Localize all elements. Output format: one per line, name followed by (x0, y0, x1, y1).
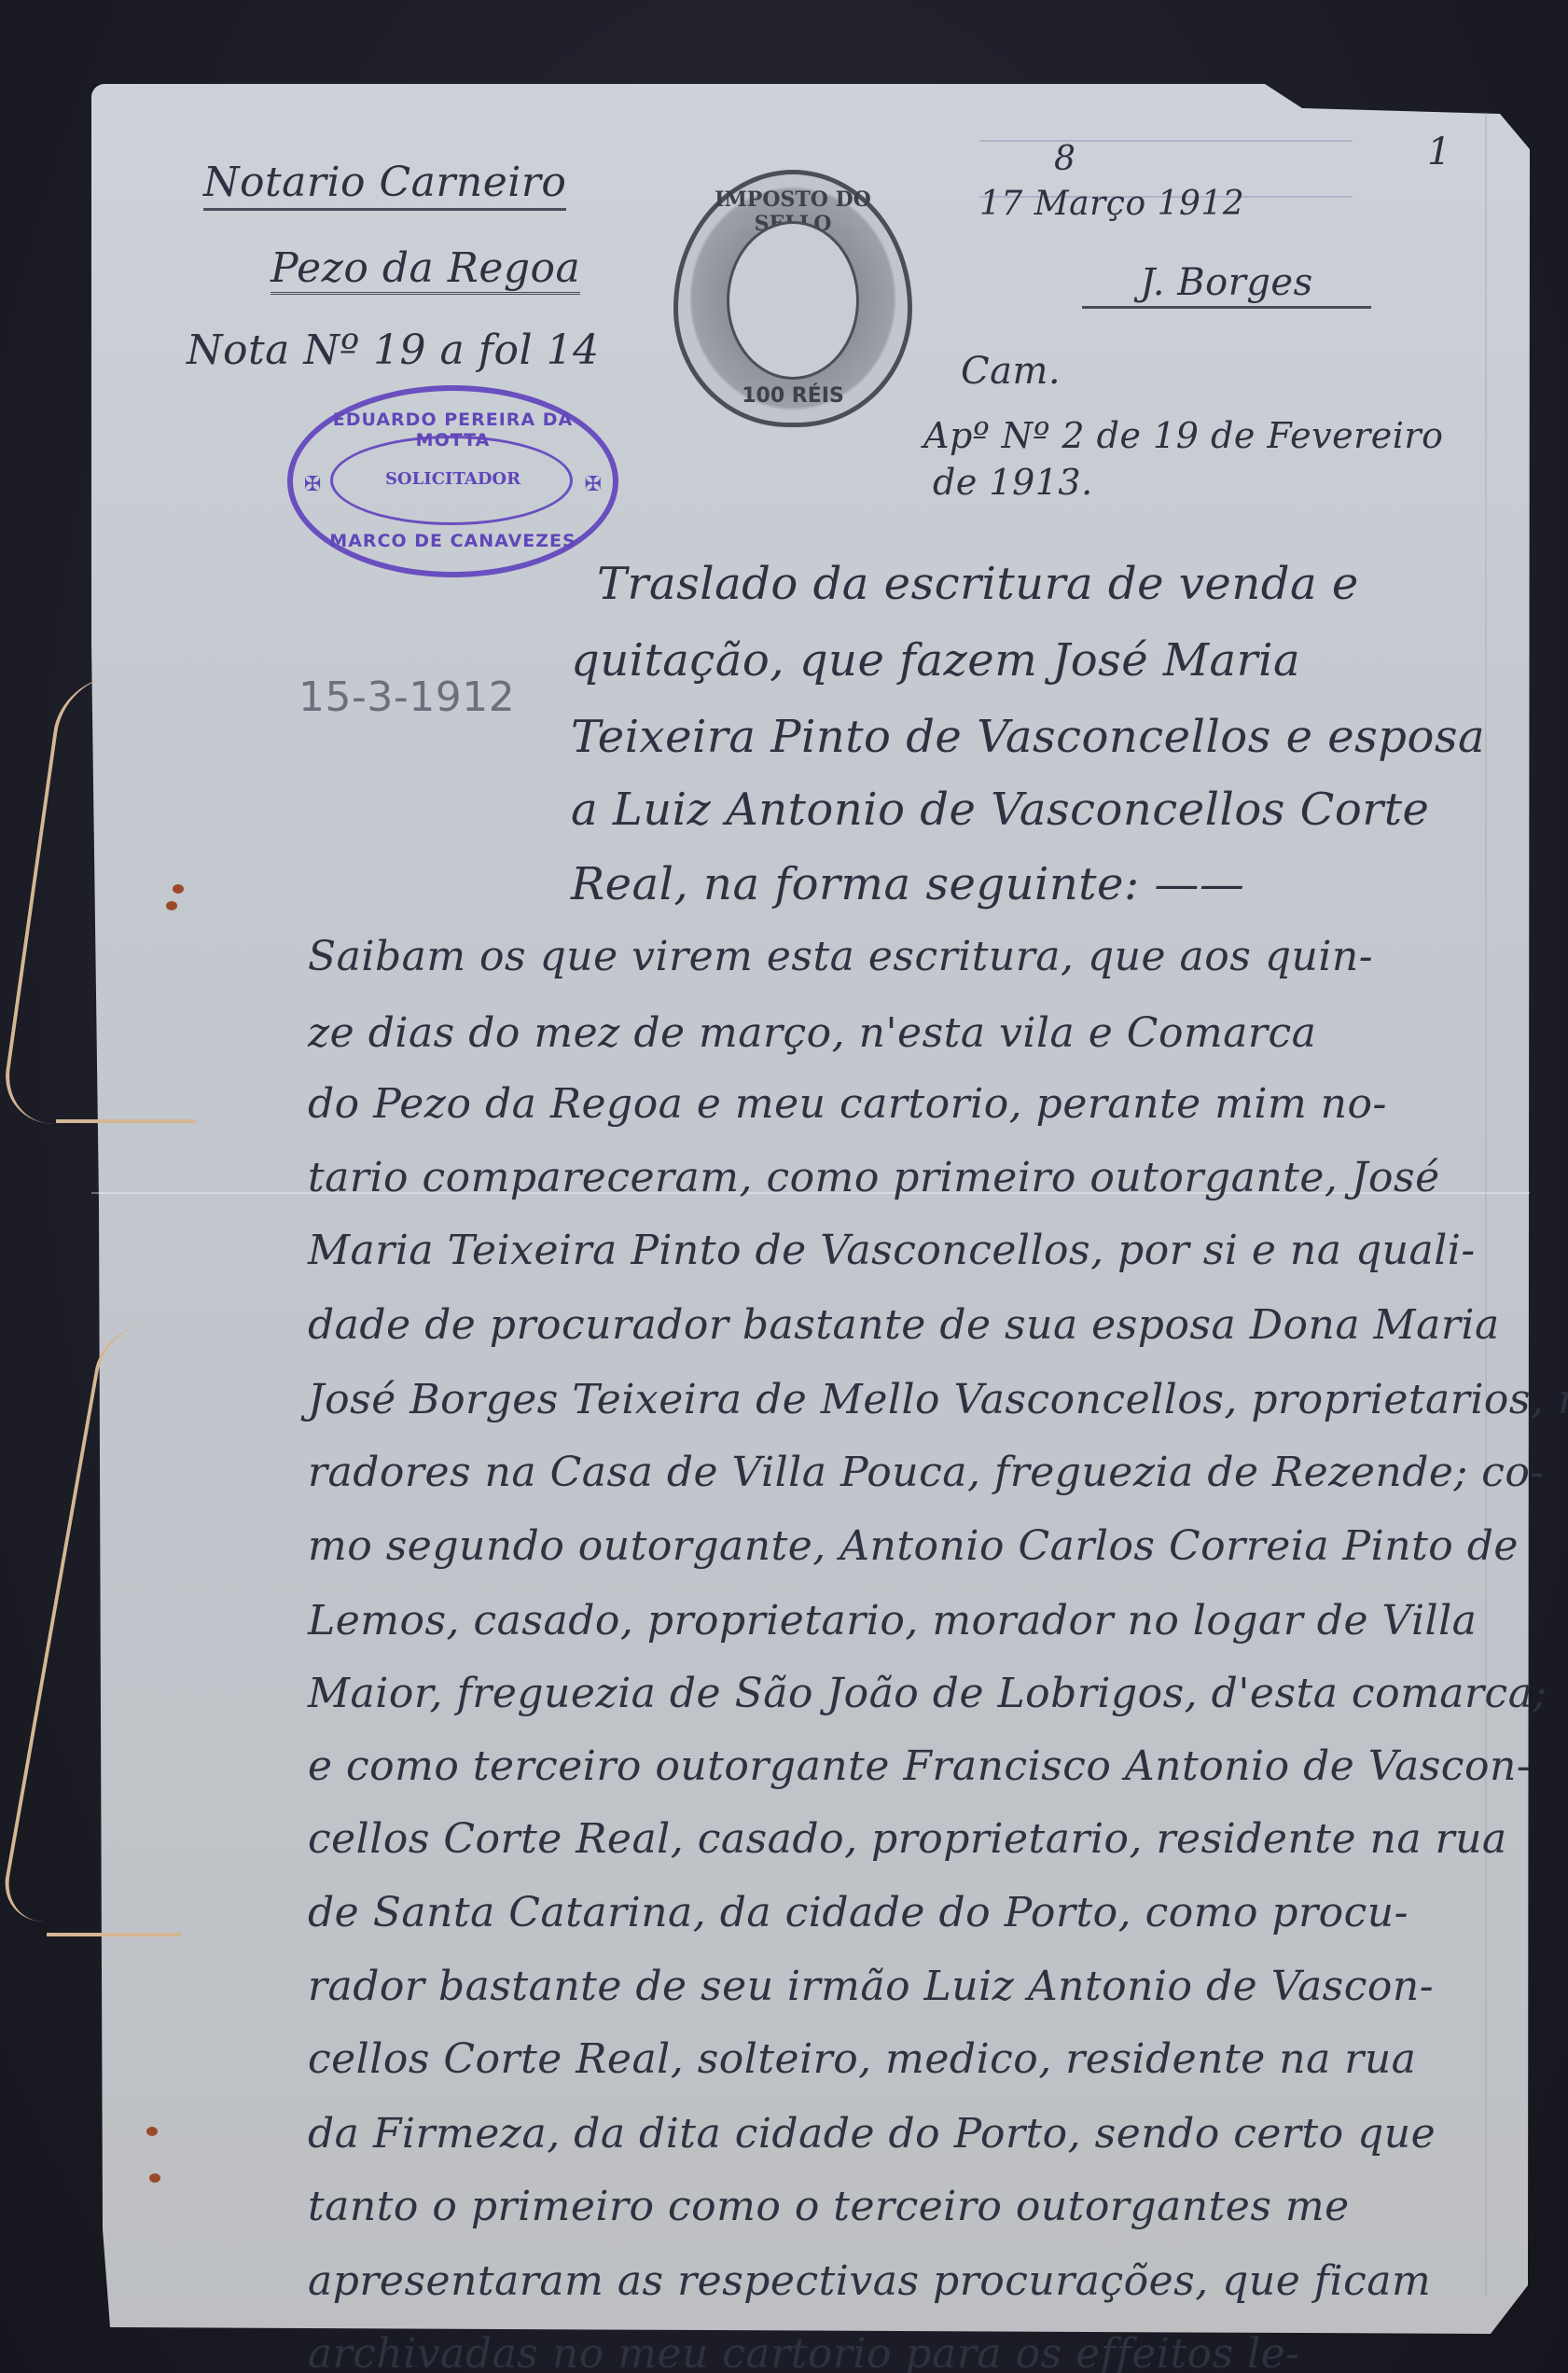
body-line: cellos Corte Real, casado, proprietario,… (308, 1815, 1507, 1863)
body-line: Lemos, casado, proprietario, morador no … (308, 1597, 1477, 1644)
tax-seal-window (727, 221, 859, 380)
rust-spot (166, 901, 177, 910)
title-line: Traslado da escritura de venda e (597, 558, 1359, 610)
body-line: de Santa Catarina, da cidade do Porto, c… (308, 1889, 1408, 1936)
body-line: cellos Corte Real, solteiro, medico, res… (308, 2035, 1416, 2083)
rust-spot (173, 884, 184, 894)
body-line: e como terceiro outorgante Francisco Ant… (308, 1742, 1531, 1790)
tax-seal-stamp: IMPOSTO DO SELLO 100 RÉIS (673, 170, 912, 427)
paper-edge-crease (1485, 112, 1487, 2295)
body-line: José Borges Teixeira de Mello Vasconcell… (308, 1376, 1568, 1423)
margin-note: Cam. (961, 350, 1061, 393)
stamp-location: MARCO DE CANAVEZES (293, 531, 613, 551)
tax-seal-value: 100 RÉIS (678, 384, 908, 408)
title-line: Teixeira Pinto de Vasconcellos e esposa (571, 711, 1485, 763)
stamp-title: SOLICITADOR (293, 469, 613, 489)
body-line: Maria Teixeira Pinto de Vasconcellos, po… (308, 1227, 1476, 1274)
registry-number: 8 (1054, 140, 1075, 178)
body-line: ze dias do mez de março, n'esta vila e C… (308, 1009, 1316, 1057)
reference-line-1: Apº Nº 2 de 19 de Fevereiro (923, 415, 1443, 456)
body-line: tanto o primeiro como o terceiro outorga… (308, 2183, 1350, 2230)
star-icon: ✠ (304, 473, 321, 496)
body-line: radores na Casa de Villa Pouca, freguezi… (308, 1449, 1545, 1496)
notary-name: Notario Carneiro (203, 159, 566, 211)
registry-stamp-line (979, 140, 1353, 142)
body-line: Maior, freguezia de São João de Lobrigos… (308, 1670, 1547, 1717)
star-icon: ✠ (585, 473, 602, 496)
registrar-signature: J. Borges (1082, 261, 1371, 309)
notary-location: Pezo da Regoa (271, 244, 580, 295)
binding-string (47, 1933, 182, 1939)
note-reference: Nota Nº 19 a fol 14 (187, 326, 600, 374)
margin-date: 15-3-1912 (298, 673, 515, 721)
body-line: da Firmeza, da dita cidade do Porto, sen… (308, 2110, 1436, 2158)
solicitor-stamp: EDUARDO PEREIRA DA MOTTA SOLICITADOR MAR… (287, 385, 618, 577)
body-line: do Pezo da Regoa e meu cartorio, perante… (308, 1080, 1387, 1128)
binding-string (56, 1119, 196, 1126)
registry-date: 17 Março 1912 (979, 185, 1244, 223)
body-line: tario compareceram, como primeiro outorg… (308, 1154, 1440, 1201)
body-line: dade de procurador bastante de sua espos… (308, 1301, 1500, 1349)
reference-line-2: de 1913. (933, 462, 1093, 503)
rust-spot (149, 2173, 160, 2183)
page-number: 1 (1427, 131, 1451, 173)
stamp-name: EDUARDO PEREIRA DA MOTTA (293, 409, 613, 451)
title-line: quitação, que fazem José Maria (571, 634, 1300, 687)
body-line: apresentaram as respectivas procurações,… (308, 2257, 1431, 2305)
body-line: Saibam os que virem esta escritura, que … (308, 933, 1373, 980)
title-line: a Luiz Antonio de Vasconcellos Corte (571, 784, 1429, 836)
rust-spot (146, 2127, 158, 2136)
body-line: rador bastante de seu irmão Luiz Antonio… (308, 1963, 1434, 2010)
body-line: mo segundo outorgante, Antonio Carlos Co… (308, 1522, 1519, 1570)
body-line: archivadas no meu cartorio para os effei… (308, 2330, 1300, 2373)
title-line: Real, na forma seguinte: —— (571, 858, 1244, 910)
